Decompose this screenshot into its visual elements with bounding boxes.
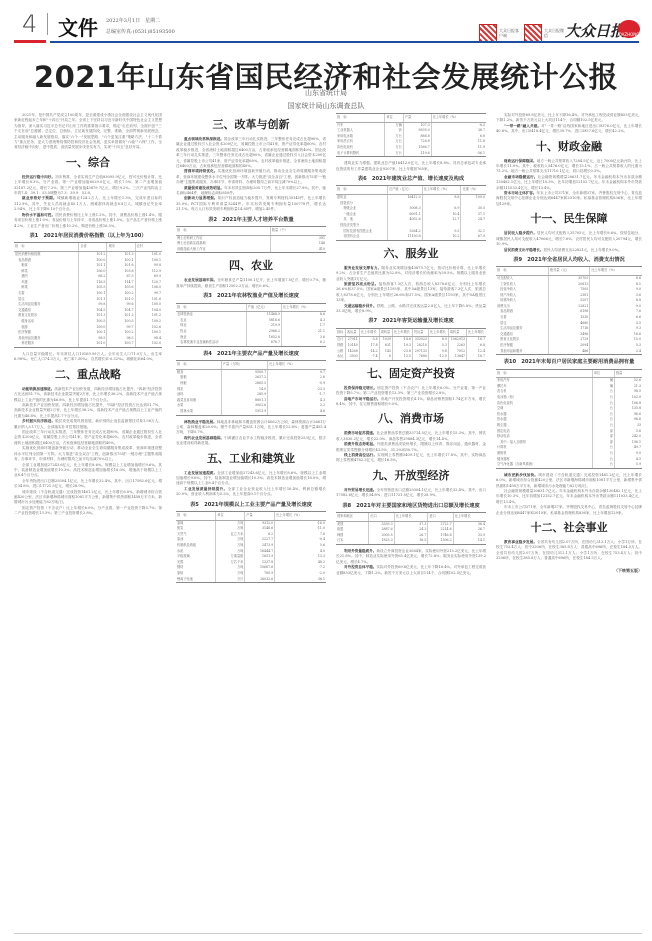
table-row: 空气净化器（含新风系统）台5.9 [496, 462, 642, 468]
section-heading: 四、农业 [176, 257, 326, 275]
paragraph: 消费市场复苏提速。社会消费品零售总额33714.5亿元，比上年增长15.3%。其… [336, 431, 486, 442]
intro-paragraph: 2021年，是中国共产党成立100周年，是全面建成小康社会全面建设社会主义现代化… [14, 113, 162, 151]
cell-value: 101.0 [79, 341, 107, 347]
column-1: 2021年，是中国共产党成立100周年，是全面建成小康社会全面建设社会主义现代化… [14, 113, 162, 933]
cell-value: 102.0 [135, 341, 162, 347]
paragraph: 林牧渔业平稳发展。林地及非林地林木覆盖资源合计4062万公顷，森林资源合计266… [176, 420, 326, 436]
section-heading: 七、固定资产投资 [336, 365, 486, 383]
paragraph: 建筑业实力增强。建筑业总产值16412.0亿元，比上年增长8.8%。具有总承包或… [336, 161, 486, 172]
section-heading: 六、服务业 [336, 245, 486, 263]
paragraph: 创新动力显著增强。知识产权创造能力稳步提升，发明专利授权30145件，比上年增长… [176, 196, 326, 212]
section-heading: 一、综合 [14, 154, 162, 172]
cell-value: 万只 [216, 577, 245, 583]
paragraph: 城市建设（不含轨道交通）完成投资1461.2亿元，比上年增长6.0%。新增城市综… [14, 490, 162, 506]
cell-value: 36.1 [275, 577, 326, 583]
qr-code-icon[interactable] [524, 24, 542, 42]
table-title: 表6 2021年建筑业总产值、增长速度及构成 [336, 177, 486, 182]
paragraph: 利用外资量稳质升。新设立外商投资企业3064家。实际使用外资215.2亿美元，比… [336, 549, 486, 565]
cell-value: 11150.8 [387, 234, 422, 240]
table-title: 表5 2021年规模以上工业主要产品产量及增长速度 [176, 503, 326, 508]
cell-value: 13.5 [392, 354, 412, 360]
table-construction: 指 标总产值（亿元）比上年增长（%）比重（%） 建筑业16412.08.8100… [336, 185, 486, 240]
page-bottom-rule [14, 933, 642, 934]
qr-code-icon[interactable] [479, 24, 497, 42]
cell-value: 466 [548, 349, 589, 355]
section-heading: 九、开放型经济 [336, 467, 486, 485]
table-title: 表8 2021年对主要国家和地区货物进出口总额及增长速度 [336, 504, 486, 509]
paragraph: 就业形势好于预期。城镇新增就业124.2万人，比上年增长1.3%，完成年度目标的… [14, 196, 162, 212]
cell-value: 10.2 [422, 234, 461, 240]
row-label: 省级技能大师工作室 [176, 247, 270, 253]
paragraph: 工业发展质量持续提升。全部工业企业营业收入比上年增长16.4%，利润总额增长20… [176, 487, 326, 498]
cell-value: 7680 [412, 354, 428, 360]
column-4: 实际对外投资69.8亿美元，比上年下降16.4%。对外承包工程完成营业额853亿… [496, 113, 642, 933]
table-transport: 指标客运量比上年增长周转量比上年增长货运量比上年增长周转量比上年增长 总计279… [336, 328, 486, 361]
qr-label-app: 大众日报客户端 [499, 28, 521, 38]
table-row: 电子计算机整机万台119.6-36.1 [336, 151, 486, 157]
cell-value: 1306.2 [428, 538, 453, 544]
table-talent-platforms: 指 标数量（个） 博士后科研工作站391博士后创新实践基地146省级技能大师工作… [176, 226, 326, 253]
paragraph: 物价水平温和可控。居民消费价格比上年上涨1.2%。其中，消费品价格上涨1.4%，… [14, 213, 162, 229]
page-number-accent-bar [14, 40, 46, 43]
table-title: 表1 2021年居民消费价格指数（以上年为100） [14, 234, 162, 239]
paragraph: 固定资产投资（不含农户）比上年增长6.0%。分产业看，第一产业投资下降5.7%；… [14, 506, 162, 517]
row-label: 其他用品和服务 [496, 349, 548, 355]
row-label: 园林水果 [176, 409, 221, 415]
cell-value: 10140 [345, 343, 359, 349]
cell-value: 119.6 [403, 151, 431, 157]
table-row: 农林牧渔专业及辅助性活动676.78.2 [176, 340, 326, 346]
paragraph: 服务业发展支撑有力。服务业实现增加值43879.7亿元，按可比价格计算，比上年增… [336, 266, 486, 282]
row-label: 日本 [336, 538, 369, 544]
table-row: 养老服务101.0100.7102.0 [14, 341, 162, 347]
table-row: 锂离子电池万只26032.636.1 [176, 577, 326, 583]
paragraph: 国企改革三年行动扎实推进，三年整体任务完成占比超90%，省属企业通过股权引入社会… [14, 430, 162, 446]
column-2: 三、改革与创新 重点领域改革纵深推进。国企改革三年行动扎实推进，三年整体任务完成… [176, 113, 326, 933]
cell-value: 16.5 [394, 538, 428, 544]
cell-value: 18.7 [467, 354, 486, 360]
paragraph: 动能转换加速推进。高新技术产业加快发展，四新经济增加值占比提升，"四新"经济投资… [14, 387, 162, 403]
section-heading: 三、改革与创新 [176, 116, 326, 134]
byline-co-publisher: 国家统计局山东调查总队 [0, 101, 652, 111]
paragraph: 居民消费支出平稳增长。居民人均消费支出22821元，比上年增长9.0%。 [496, 248, 642, 253]
table-agri-products: 指 标产量（万吨）比上年增长（%） 粮食5500.70.7 夏粮2637.22.… [176, 360, 326, 415]
paragraph: "一带一路"融入共建。对"一带一路"沿线国家和地区进出口9376.0亿元，比上年… [496, 124, 642, 135]
cell-value: 676.7 [246, 340, 281, 346]
paragraph: 金融市场稳健运行。社会融资规模增量20631.7亿元。年末金融机构本外币存款余额… [496, 175, 642, 191]
paragraph: 乡村振兴有序推进。脱贫攻坚成果巩固拓展，新识别防止返贫监测帮扶对象1.56万人，… [14, 419, 162, 430]
paragraph: 人口总量平稳增长。年末常住人口10169.99万人。全年出生人口71.0万人，出… [14, 352, 162, 363]
table-cpi: 指 标全省城市农村 居民消费价格指数101.2101.3101.0 食品烟酒10… [14, 242, 162, 348]
table-title: 表7 2021年客货运输量及增长速度 [336, 319, 486, 324]
paragraph: 全年货物进出口总额29304.1亿元，比上年增长32.4%。其中，出口17582… [14, 479, 162, 490]
table-durable-goods: 指 标单位数量 家用汽车辆52.6摩托车辆21.3洗衣机台98.5电冰箱（柜）台… [496, 369, 642, 469]
table-title: 表2 2021年主要人才培养平台数量 [176, 218, 326, 223]
paragraph: 投资保持稳定增长。固定资产投资（不含农户）比上年增长6.0%。分产业看，第一产业… [336, 386, 486, 397]
paragraph: 现代农业发展基础稳固。引黄灌区农业节水工程稳步推进，累计完成投资253亿元，数字… [176, 436, 326, 447]
row-label: 电子计算机整机 [336, 151, 385, 157]
section-heading: 十二、社会事业 [496, 519, 642, 537]
paragraph: 财政运行保障稳固。地方一般公共预算收入7284.5亿元，迈上7000亿元新台阶，… [496, 159, 642, 175]
row-label: 非国有企业 [336, 234, 387, 240]
editorial-fax: 总编室传真:(0531)85193500 [106, 28, 175, 35]
table-title: 表9 2021年全省居民人均收入、消费支出情况 [496, 258, 642, 263]
paragraph: 房地产市场平稳运行。房地产开发投资增长4.1%。商品房销售面积1.74亿平方米，… [336, 397, 486, 408]
cell-value: 台 [592, 462, 614, 468]
paragraph: 交通运输稳步回升。铁路、公路、水路共完成客运量2.8亿人，比上年下降5.8%；货… [336, 304, 486, 315]
cell-value: 3503 [345, 354, 359, 360]
paragraph: 实际对外投资69.8亿美元，比上年下降16.4%。对外承包工程完成营业额853亿… [496, 113, 642, 124]
paragraph: 经济运行稳中向好。初步核算，全省实现生产总值83095.9亿元，按可比价格计算，… [14, 175, 162, 197]
paragraph: 资本市场主体扩容。年末上市公司371家，全年新增37家。齐鲁股权交易中心、青岛蓝… [496, 191, 642, 207]
paragraph: 年末上市公司371家，全年新增37家。齐鲁股权交易中心、青岛蓝海股权交易中心挂牌… [496, 505, 642, 516]
cell-value: 8.2 [282, 340, 327, 346]
masthead-divider [47, 13, 48, 35]
dazhong-logo-icon: DAZHONG [618, 20, 640, 38]
cell-value: 67.9 [461, 234, 486, 240]
cell-value: 14.1 [453, 538, 486, 544]
cell-value: 26032.6 [245, 577, 275, 583]
table-trade-partners: 国家和地区出口比上年增长进口比上年增长 美国3339.337.32722.736… [336, 512, 486, 545]
cell-value: 4.6 [268, 409, 326, 415]
table-row: 省级技能大师工作室410 [176, 247, 326, 253]
table-title: 表3 2021年农林牧渔业产值及增长速度 [176, 294, 326, 299]
paragraph: 城市更新步伐加快。城市建设（不含轨道交通）完成投资1461.2亿元，比上年增长6… [496, 473, 642, 489]
table-row: 日本1825.316.51306.214.1 [336, 538, 486, 544]
cell-value: 13847 [448, 354, 466, 360]
byline-publisher: 山东省统计局 [0, 88, 652, 98]
paragraph: 教育事业稳步发展。全省共有幼儿园2.07万所，在园幼儿312.1万人；小学1万所… [496, 540, 642, 562]
paragraph: 旅游复苏亮点纷呈。接待游客7.3亿人次，旅游总收入8378.6亿元，分别比上年增… [336, 282, 486, 304]
section-heading: 八、消费市场 [336, 410, 486, 428]
table-row: 其他用品和服务4662.4 [496, 349, 642, 355]
cell-value: -36.1 [431, 151, 486, 157]
section-heading: 十一、民生保障 [496, 210, 642, 228]
cell-value: 6 [379, 354, 392, 360]
paragraph: 全部工业增加值27243.6亿元，比上年增长8.6%。规模以上工业增加值增长9.… [14, 463, 162, 479]
section-name: 文件 [58, 12, 98, 41]
section-heading: 十、财政金融 [496, 138, 642, 156]
masthead: 4 文件 2022年3月1日 星期二 总编室传真:(0531)85193500 … [0, 0, 652, 44]
table-industrial-products-cont: 指 标单位产量比上年增长（%） 汽车万辆107.3-8.5工业机器人套9595.… [336, 113, 486, 157]
paragraph: 工业发展加速提质。全部工业增加值27243.6亿元，比上年增长8.6%。规模以上… [176, 471, 326, 487]
table-title: 表10 2021年末每百户居民家庭主要耐用消费品拥有量 [496, 360, 642, 365]
cell-value: 1825.3 [369, 538, 394, 544]
paragraph: 重点领域改革纵深推进。国企改革三年行动扎实推进，三年整体任务完成占比超90%，省… [176, 137, 326, 169]
table-row: 非国有企业11150.810.267.9 [336, 234, 486, 240]
issue-date: 2022年3月1日 星期二 [106, 17, 160, 24]
qr-label-wechat: 大众日报微信 [544, 28, 566, 38]
paragraph: 消费升级态势明显。升级类消费品类较快增长，限额以上体育、娱乐用品、通讯器材、金银… [336, 442, 486, 453]
paragraph: 农业发展基础牢固。全年粮食总产量1100.1亿斤，比上年增加7.5亿斤，增长0.… [176, 278, 326, 289]
paragraph: 营商环境持续优化。实施优化营商环境创新突破行动，推动全业全生命周期服务集成改革，… [176, 169, 326, 185]
paragraph: 社会融资规模增量20631.7亿元。年末金融机构本外币存款余额130482.1亿… [496, 489, 642, 505]
newspaper-logo: 大众日报 [565, 20, 625, 41]
paragraph: 线上消费高位运行。实现网上零售额5409.1亿元，比上年增长17.8%。其中，实… [336, 453, 486, 464]
paragraph: 对外贸易增长迅速。全年货物进出口总额29304.1亿元，比上年增长32.4%。其… [336, 488, 486, 499]
section-heading: 二、重点战略 [14, 366, 162, 384]
cell-value: 100.7 [107, 341, 135, 347]
row-label: 农林牧渔专业及辅助性活动 [176, 340, 246, 346]
paragraph: 实施优化营商环境创新突破行动，推动全业全生命周期服务集成改革，营商环境建设整体水… [14, 446, 162, 462]
paragraph: 居民收入稳步提升。居民人均可支配收入35705元，比上年增长8.6%。按常住地分… [496, 231, 642, 247]
table-income-consumption: 指 标绝对量（元）比上年增长（%） 可支配收入357058.6 工资性收入206… [496, 266, 642, 355]
table-title: 表4 2021年主要农产品产量及增长速度 [176, 352, 326, 357]
cell-value: -12.5 [428, 354, 448, 360]
page-number: 4 [22, 10, 37, 38]
section-heading: 五、工业和建筑业 [176, 450, 326, 468]
cell-value: 1913.9 [221, 409, 267, 415]
cell-value: 410 [270, 247, 326, 253]
paragraph: 质量强省建设成效明显。年末有效注册商标205.7万件，比上年末增长27.8%。其… [176, 186, 326, 197]
header-rule [50, 41, 639, 43]
cell-value: -7.4 [359, 354, 379, 360]
cell-value: 2.4 [590, 349, 642, 355]
row-label: 空气净化器（含新风系统） [496, 462, 592, 468]
table-row: 水运3503-7.4613.57680-12.51384718.7 [336, 354, 486, 360]
paragraph: 高新技术产业加快发展，四新经济增加值占比提升，"四新"经济投资占比达到51.7%… [14, 403, 162, 419]
row-label: 养老服务 [14, 341, 79, 347]
table-agri-output: 指 标产值（亿元）比上年增长（%） 农林牧渔业11468.08.6 农业5816… [176, 303, 326, 347]
row-label: 水运 [336, 354, 345, 360]
table-row: 园林水果1913.94.6 [176, 409, 326, 415]
cell-value: 万台 [385, 151, 403, 157]
table-industrial-products: 指 标单位产量比上年增长（%） 原煤万吨9312.0-16.0焦炭万吨3146.… [176, 511, 326, 583]
row-label: 锂离子电池 [176, 577, 216, 583]
continued-note: （下转第五版） [496, 568, 642, 573]
paragraph: 对外投资总体平稳。实际对外投资69.8亿美元，比上年下降16.4%。对外承包工程… [336, 565, 486, 576]
column-3: 指 标单位产量比上年增长（%） 汽车万辆107.3-8.5工业机器人套9595.… [336, 113, 486, 933]
cell-value: 5.9 [614, 462, 642, 468]
